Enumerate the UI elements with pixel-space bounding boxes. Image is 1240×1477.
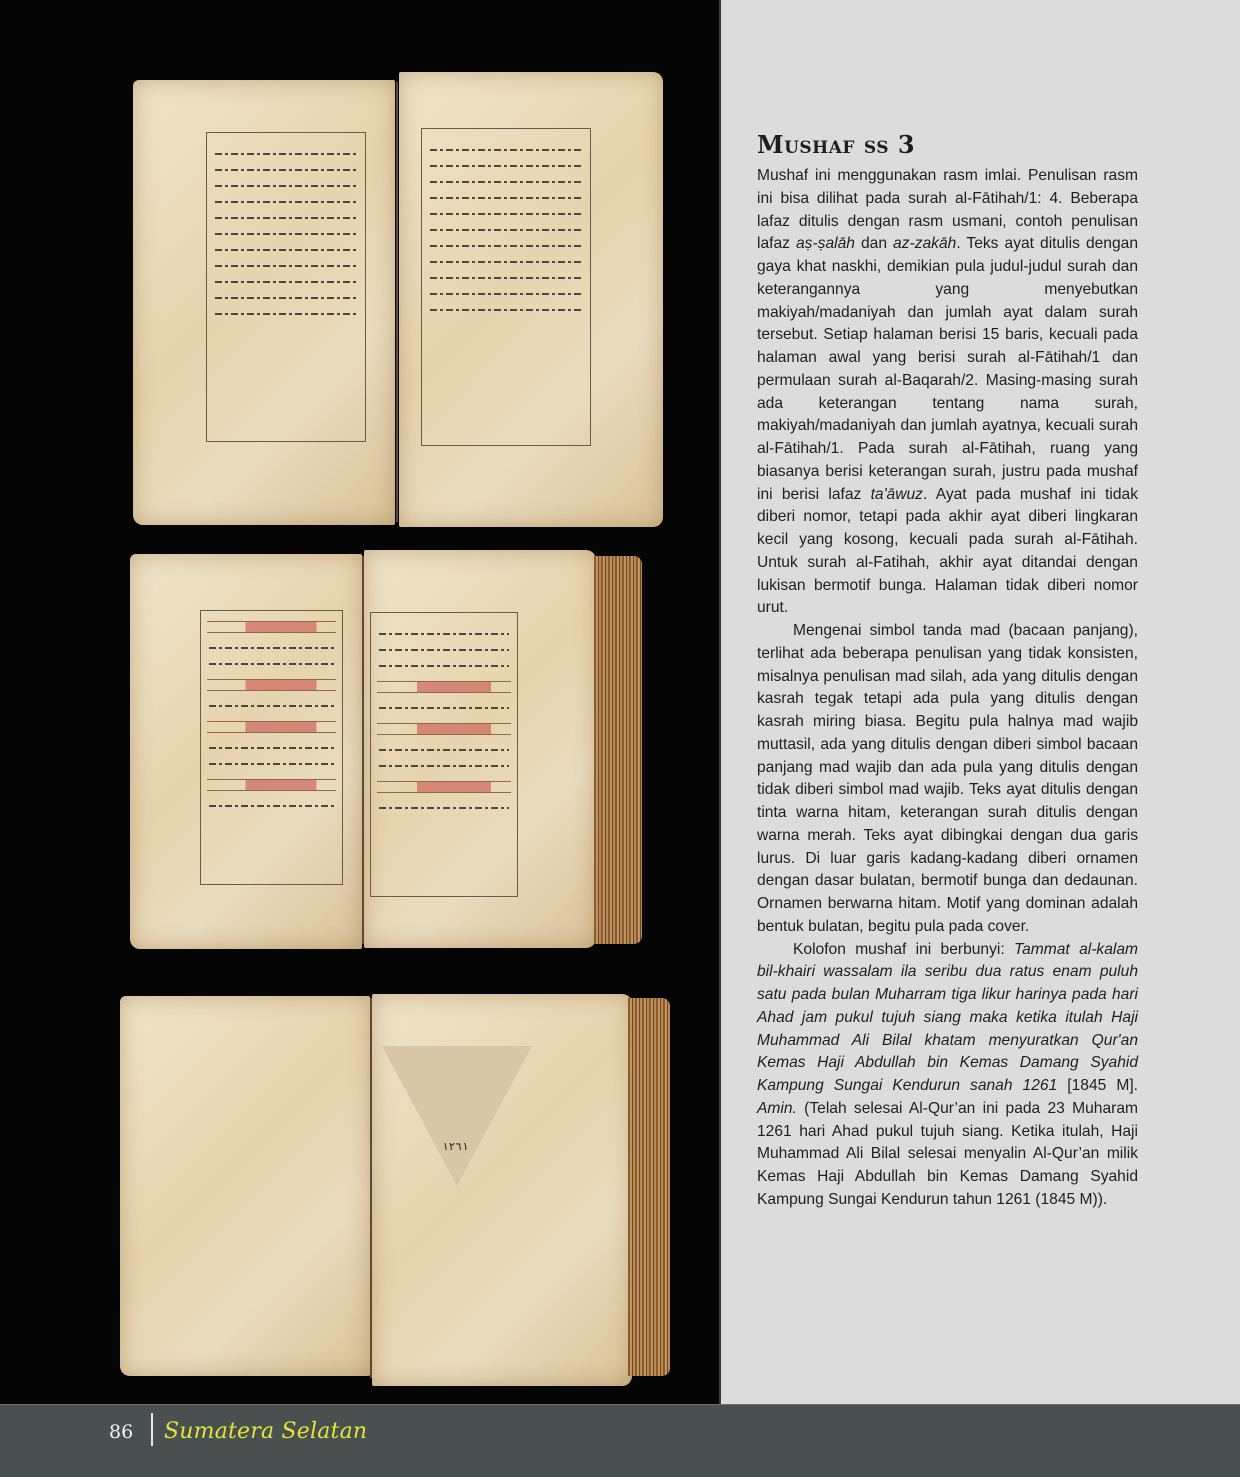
article-body: Mushaf ini menggunakan rasm imlai. Penul…: [757, 165, 1138, 1212]
text-block-left: [206, 132, 366, 442]
colophon-year: ١٢٦١: [442, 1140, 469, 1153]
gutter: [370, 998, 372, 1378]
region-title: Sumatera Selatan: [164, 1419, 367, 1444]
colophon-triangle: [382, 1046, 532, 1186]
paragraph-1: Mushaf ini menggunakan rasm imlai. Penul…: [757, 165, 1138, 620]
paragraph-2: Mengenai simbol tanda mad (bacaan panjan…: [757, 620, 1138, 939]
manuscript-photo-1: [133, 72, 663, 537]
gutter: [396, 82, 398, 522]
gutter: [362, 556, 364, 944]
photo-panel: ١٢٦١: [0, 0, 720, 1404]
text-block-right: [370, 612, 518, 897]
text-block-left: [200, 610, 343, 885]
text-block-right: [421, 128, 591, 446]
article-heading: Mushaf ss 3: [757, 130, 915, 159]
left-page: [120, 996, 370, 1376]
manuscript-photo-2: [130, 550, 670, 955]
page-number: 86: [109, 1421, 133, 1443]
page-footer: 86 Sumatera Selatan: [0, 1404, 1240, 1477]
footer-divider: [151, 1413, 153, 1446]
page-edges: [594, 556, 642, 944]
page-edges: [628, 998, 670, 1376]
manuscript-photo-3-colophon: ١٢٦١: [120, 990, 670, 1390]
paragraph-3-colophon: Kolofon mushaf ini berbunyi: Tammat al-k…: [757, 939, 1138, 1212]
